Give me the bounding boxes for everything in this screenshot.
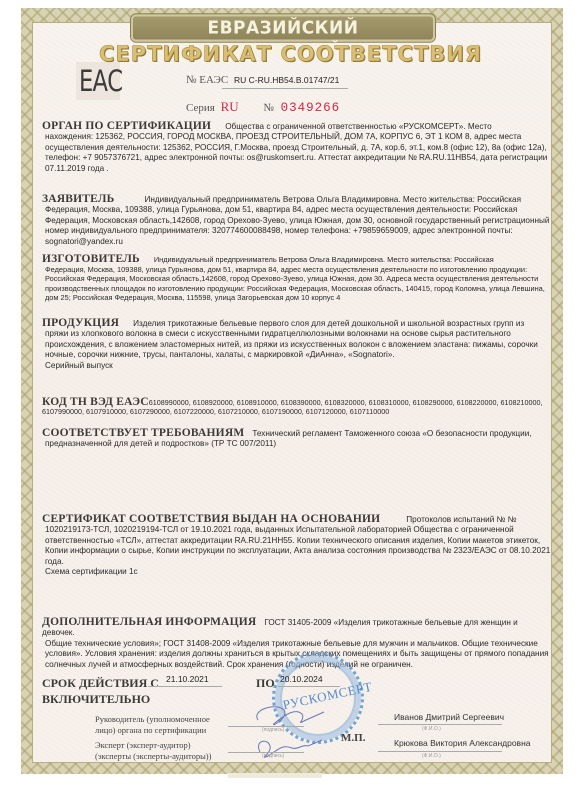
footer-print-strip bbox=[228, 773, 322, 778]
signature-icon bbox=[246, 700, 326, 765]
blank-number-value: 0349266 bbox=[281, 101, 341, 115]
head-name-caption: (Ф.И.О.) bbox=[422, 726, 441, 732]
head-name: Иванов Дмитрий Сергеевич bbox=[394, 712, 504, 722]
section-label: СЕРТИФИКАТ СООТВЕТСТВИЯ ВЫДАН НА ОСНОВАН… bbox=[42, 513, 380, 525]
seal-label: М.П. bbox=[341, 732, 365, 744]
section-label: СООТВЕТСТВУЕТ ТРЕБОВАНИЯМ bbox=[42, 427, 244, 439]
validity-inclusive-label: ВКЛЮЧИТЕЛЬНО bbox=[42, 692, 150, 707]
section-lead: Протоколов испытаний № № bbox=[406, 515, 516, 524]
validity-from-label: СРОК ДЕЙСТВИЯ С bbox=[42, 676, 159, 691]
section-product: ПРОДУКЦИЯИзделия трикотажные бельевые пе… bbox=[42, 318, 552, 371]
series-value: RU bbox=[221, 99, 239, 114]
expert-signature-caption: (подпись) bbox=[262, 753, 284, 759]
registration-number-value: RU C-RU.НВ54.В.01747/21 bbox=[234, 75, 339, 85]
section-manufacturer: ИЗГОТОВИТЕЛЬИндивидуальный предпринимате… bbox=[42, 255, 552, 303]
head-name-line bbox=[378, 724, 502, 725]
section-release: Серийный выпуск bbox=[45, 361, 552, 371]
section-text: Федерация, Москва, 109388, улица Гурьяно… bbox=[45, 265, 552, 303]
section-label: ЗАЯВИТЕЛЬ bbox=[42, 193, 114, 205]
section-basis: СЕРТИФИКАТ СООТВЕТСТВИЯ ВЫДАН НА ОСНОВАН… bbox=[42, 514, 552, 577]
expert-name: Крюкова Виктория Александровна bbox=[394, 738, 531, 748]
section-text: нахождения: 125362, РОССИЯ, ГОРОД МОСКВА… bbox=[45, 132, 552, 174]
section-lead: Технический регламент Таможенного союза … bbox=[252, 429, 531, 438]
section-label: ИЗГОТОВИТЕЛЬ bbox=[42, 253, 140, 265]
validity-to-label: ПО bbox=[256, 676, 275, 691]
section-lead: Индивидуальный предприниматель Ветрова О… bbox=[154, 255, 494, 264]
section-certification-body: ОРГАН ПО СЕРТИФИКАЦИИОбщества с ограниче… bbox=[42, 121, 552, 174]
date-to-underline bbox=[278, 686, 340, 687]
registration-number: № ЕАЭС RU C-RU.НВ54.В.01747/21 bbox=[186, 74, 339, 86]
section-tn-ved: КОД ТН ВЭД ЕАЭС6108990000, 6108920000, 6… bbox=[42, 398, 552, 417]
union-banner: ЕВРАЗИЙСКИЙ ЭКОНОМИЧЕСКИЙ СОЮЗ bbox=[131, 14, 435, 41]
date-from-underline bbox=[148, 686, 222, 687]
section-lead: Индивидуальный предприниматель Ветрова О… bbox=[144, 195, 521, 204]
validity-date-from: 21.10.2021 bbox=[166, 674, 209, 684]
blank-number-label: № bbox=[263, 102, 274, 114]
registration-number-label: № ЕАЭС bbox=[186, 74, 228, 86]
section-text: предназначенной для детей и подростков» … bbox=[45, 439, 552, 449]
series-label: Серия bbox=[186, 102, 215, 114]
expert-name-line bbox=[378, 751, 502, 752]
section-label: ДОПОЛНИТЕЛЬНАЯ ИНФОРМАЦИЯ bbox=[42, 616, 256, 628]
section-applicant: ЗАЯВИТЕЛЬИндивидуальный предприниматель … bbox=[42, 194, 552, 247]
validity-date-to: 20.10.2024 bbox=[280, 674, 323, 684]
eac-logo-icon: ЕАС bbox=[79, 64, 122, 98]
expert-signature-label: Эксперт (эксперт-аудитор) (эксперты (экс… bbox=[95, 740, 211, 762]
section-requirements: СООТВЕТСТВУЕТ ТРЕБОВАНИЯМТехнический рег… bbox=[42, 428, 552, 450]
section-lead: Изделия трикотажные бельевые первого сло… bbox=[133, 319, 524, 328]
section-text: 1020219173-ТСЛ, 1020219194-ТСЛ от 19.10.… bbox=[45, 525, 552, 567]
registration-underline bbox=[222, 88, 348, 89]
head-signature-label: Руководитель (уполномоченное лицо) орган… bbox=[95, 714, 210, 736]
section-lead: Общества с ограниченной ответственностью… bbox=[225, 122, 491, 131]
section-text: пряжи из хлопкового волокна в смеси с ис… bbox=[45, 329, 552, 360]
series-block: Серия RU № 0349266 bbox=[186, 99, 340, 115]
section-scheme: Схема сертификации 1с bbox=[45, 567, 552, 577]
section-text: Федерация, Москва, 109388, улица Гурьяно… bbox=[45, 205, 552, 247]
section-label: ПРОДУКЦИЯ bbox=[42, 317, 119, 329]
head-signature-caption: (подпись) bbox=[262, 727, 284, 733]
section-label: ОРГАН ПО СЕРТИФИКАЦИИ bbox=[42, 120, 211, 132]
expert-name-caption: (Ф.И.О.) bbox=[422, 753, 441, 759]
